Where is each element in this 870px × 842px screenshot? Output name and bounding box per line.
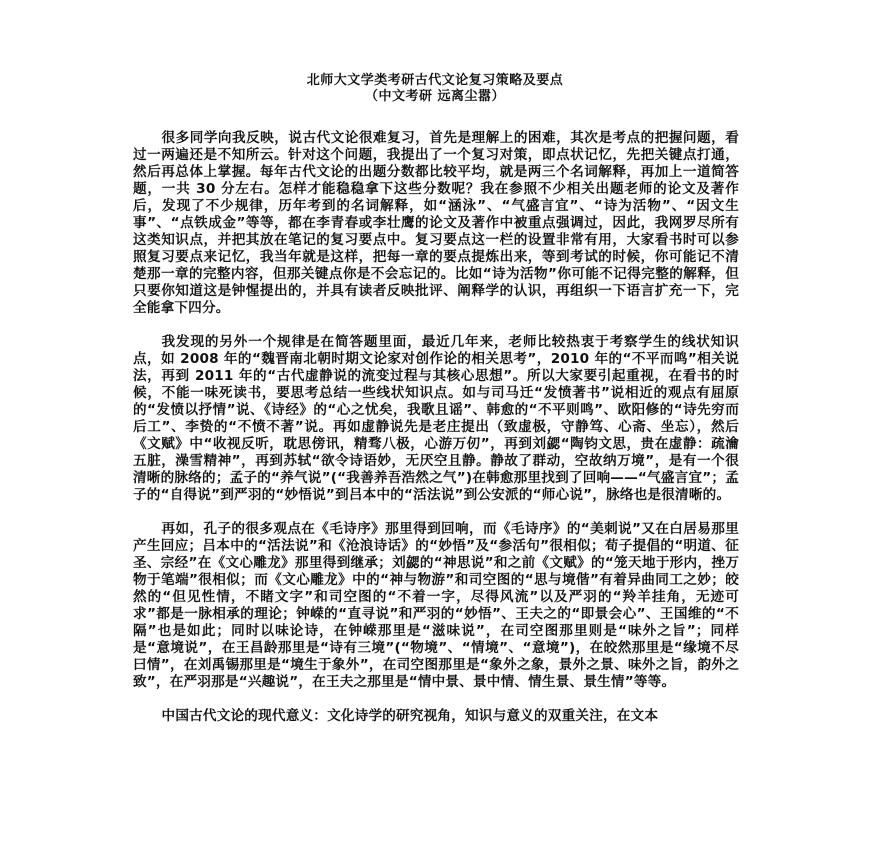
paragraph-theory-lineage: 再如，孔子的很多观点在《毛诗序》那里得到回响，而《毛诗序》的“美刺说”又在白居易… bbox=[133, 521, 739, 691]
paragraph-modern-significance: 中国古代文论的现代意义：文化诗学的研究视角，知识与意义的双重关注，在文本 bbox=[133, 708, 739, 725]
paragraph-review-strategy: 很多同学向我反映，说古代文论很难复习，首先是理解上的困难，其次是考点的把握问题，… bbox=[133, 130, 739, 317]
document-page: 北师大文学类考研古代文论复习策略及要点 （中文考研 远离尘嚣） 很多同学向我反映… bbox=[0, 0, 870, 842]
paragraph-linear-knowledge: 我发现的另外一个规律是在简答题里面，最近几年来，老师比较热衷于考察学生的线状知识… bbox=[133, 334, 739, 504]
document-subtitle: （中文考研 远离尘嚣） bbox=[0, 89, 870, 105]
document-body: 很多同学向我反映，说古代文论很难复习，首先是理解上的困难，其次是考点的把握问题，… bbox=[133, 130, 739, 725]
document-title: 北师大文学类考研古代文论复习策略及要点 bbox=[0, 73, 870, 89]
